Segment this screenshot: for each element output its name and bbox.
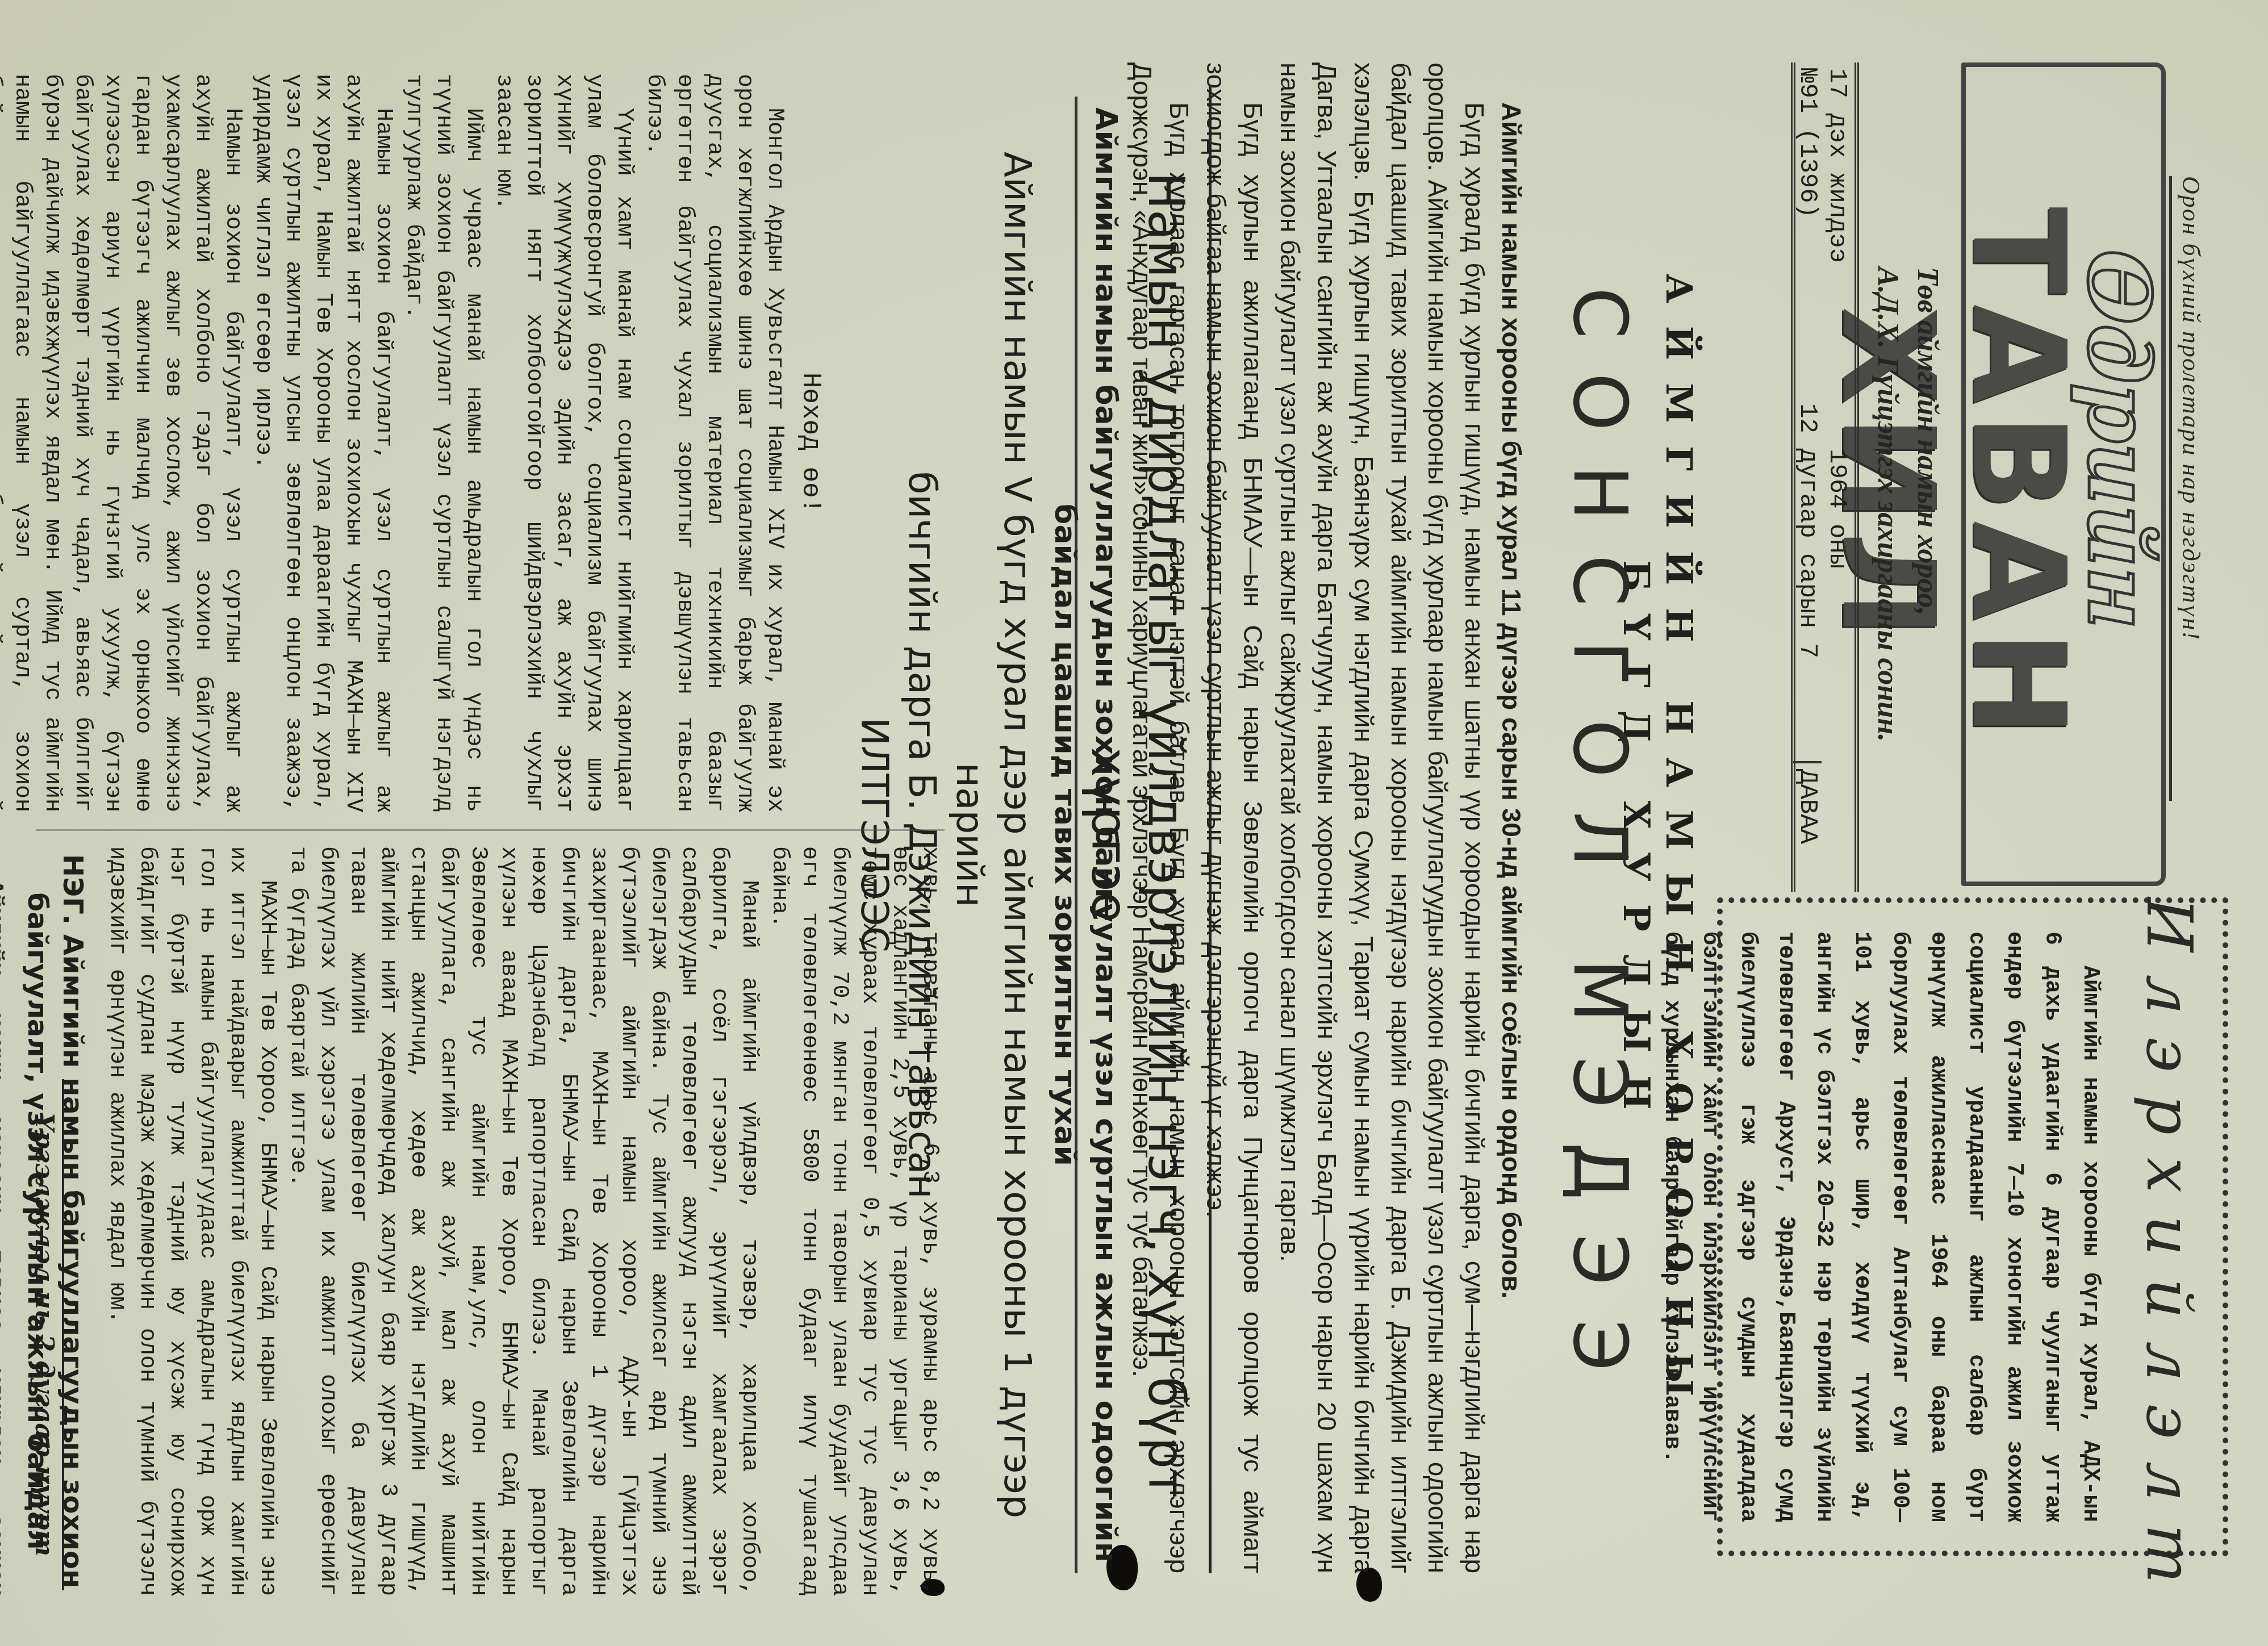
continued-on-page-note[interactable]: Үргэлжлэл нь 2 дугаар нүүрт (30, 1079, 64, 1590)
salutation: Нөхөд өө! (795, 74, 825, 812)
article-paragraph: МАХН—ын Төв Хороо, БНМАУ—ын Сайд нарын З… (102, 846, 282, 1596)
newspaper-title: ТАВАН ХИЛ (1822, 74, 2083, 880)
article-paragraph: Намын зохион байгуулалт, үзэл суртлын аж… (0, 74, 248, 812)
masthead-slogan: Орон бүхний пролетари нар нэгдэгтүн! (2169, 176, 2206, 801)
issue-date: 12 дугаар сарын 7 (1793, 403, 1822, 658)
lead-headline: СОНСГОЛ МЭДЭЭ (1557, 222, 1643, 1471)
article-paragraph: Намын зохион байгуулалт, үзэл суртлын аж… (248, 74, 398, 812)
newspaper-page: Орон бүхний пролетари нар нэгдэгтүн! Өдр… (0, 0, 2268, 1646)
issue-weekday: ДАВАА (1793, 761, 1822, 844)
article-paragraph: Монгол Ардын Хувьсгалт Намын XIV их хура… (639, 74, 790, 812)
article-column-left: Нөхөд өө! Монгол Ардын Хувьсгалт Намын X… (0, 74, 825, 812)
masthead: Орон бүхний пролетари нар нэгдэгтүн! Өдр… (1870, 62, 2234, 886)
article-paragraph: Манай аймгийн үйлдвэр, тээвэр, харилцаа … (282, 846, 764, 1596)
article-paragraph: Үүний хамт манай нам социалист нийгмийн … (488, 74, 639, 812)
byline-line-1: Аймгийн намын V бүгд хурал дээр аймгийн … (946, 97, 1041, 1573)
issue-number: №91 (1396) (1793, 68, 1822, 218)
article-paragraph: Иймч учраас манай намын амьдралын гол үн… (398, 74, 488, 812)
section-divider (1209, 85, 1212, 1573)
publisher-line-2: А.Д.Х. Гүйцэтгэх захиргааны сонин. (1868, 267, 1907, 869)
article-column-right: хувь, тарваганы арьс 6,3 хувь, зурамны а… (0, 846, 945, 1596)
lead-article: АЙМГИЙН НАМЫН ХОРООНЫ БҮГД ХУРЛЫН СОНСГО… (1234, 62, 1700, 1573)
lead-paragraph: Аймгийн намын хорооны бүгд хурал 11 дүгэ… (1493, 62, 1530, 1573)
issue-year: 1964 оны (1823, 449, 1851, 569)
article-paragraph: Аймгийн намын хорооны товчоо удирдах, зо… (0, 846, 9, 1596)
publisher-line: Төв аймгийн намын хороо, А.Д.Х. Гүйцэтгэ… (1868, 267, 1947, 869)
notice-box: Илэрхийлэлт Аймгийн намын хорооны бүгд х… (1717, 897, 2228, 1556)
lead-paragraph: Бүгд хуралд бүгд хурлын гишүүд, намын ан… (1271, 62, 1493, 1573)
article-paragraph: хувь, тарваганы арьс 6,3 хувь, зурамны а… (764, 846, 945, 1596)
publisher-line-1: Төв аймгийн намын хороо, (1907, 267, 1947, 869)
article-subheadline: Аймгийн намын байгууллагуудын зохион бай… (1045, 97, 1126, 1573)
notice-body: Аймгийн намын хорооны бүгд хурал, АДХ-ын… (1652, 931, 2109, 1522)
notice-title: Илэрхийлэлт (2133, 897, 2206, 1556)
column-divider (36, 829, 945, 831)
volume-label: 17 дэх жилдээ (1823, 68, 1851, 263)
issue-info-strip: 17 дэх жилдээ №91 (1396) 1964 оны 12 дуг… (1791, 62, 1859, 892)
